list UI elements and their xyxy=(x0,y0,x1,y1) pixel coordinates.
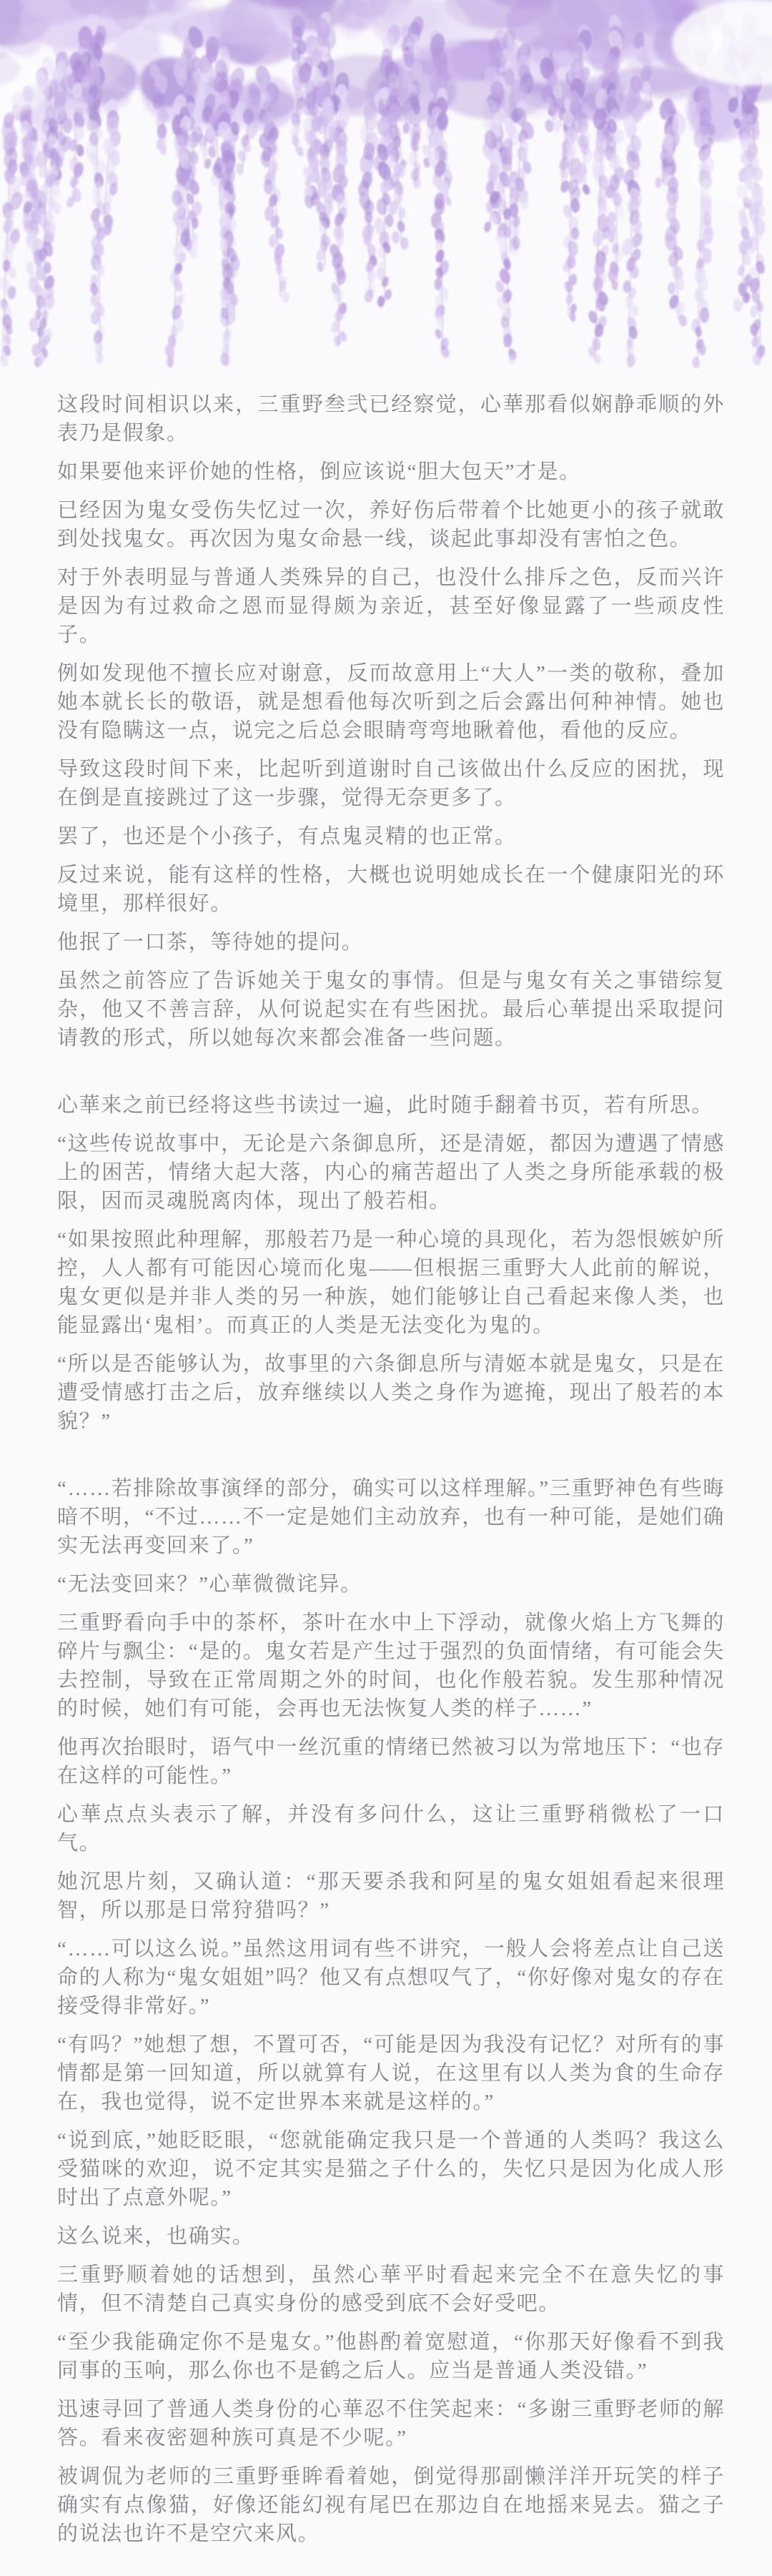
article-text: 这段时间相识以来，三重野叁弐已经察觉，心華那看似娴静乖顺的外表乃是假象。如果要他… xyxy=(0,372,772,2548)
wisteria-illustration xyxy=(0,0,772,372)
paragraph: 反过来说，能有这样的性格，大概也说明她成长在一个健康阳光的环境里，那样很好。 xyxy=(57,861,725,918)
paragraph: “这些传说故事中，无论是六条御息所，还是清姬，都因为遭遇了情感上的困苦，情绪大起… xyxy=(57,1130,725,1215)
paragraph: 他抿了一口茶，等待她的提问。 xyxy=(57,928,725,957)
paragraph: 三重野看向手中的茶杯，茶叶在水中上下浮动，就像火焰上方飞舞的碎片与飘尘：“是的。… xyxy=(57,1609,725,1723)
wisteria-banner-image xyxy=(0,0,772,372)
paragraph: 罢了，也还是个小孩子，有点鬼灵精的也正常。 xyxy=(57,822,725,851)
paragraph: 他再次抬眼时，语气中一丝沉重的情绪已然被习以为常地压下：“也存在这样的可能性。” xyxy=(57,1733,725,1790)
paragraph: 被调侃为老师的三重野垂眸看着她，倒觉得那副懒洋洋开玩笑的样子确实有点像猫，好像还… xyxy=(57,2462,725,2548)
paragraph: “说到底，”她眨眨眼，“您就能确定我只是一个普通的人类吗？我这么受猫咪的欢迎，说… xyxy=(57,2126,725,2212)
paragraph: 如果要他来评价她的性格，倒应该说“胆大包天”才是。 xyxy=(57,458,725,486)
novel-page: { "page": { "background_color": "#faf9fc… xyxy=(0,0,772,2576)
paragraph: 心華点点头表示了解，并没有多问什么，这让三重野稍微松了一口气。 xyxy=(57,1800,725,1857)
scene-break-spacer xyxy=(57,1062,725,1081)
paragraph: “……若排除故事演绎的部分，确实可以这样理解。”三重野神色有些晦暗不明，“不过…… xyxy=(57,1474,725,1560)
paragraph: 迅速寻回了普通人类身份的心華忍不住笑起来：“多谢三重野老师的解答。看来夜密廻种族… xyxy=(57,2395,725,2452)
scene-break-spacer xyxy=(57,1446,725,1464)
paragraph: 这段时间相识以来，三重野叁弐已经察觉，心華那看似娴静乖顺的外表乃是假象。 xyxy=(57,390,725,448)
paragraph: 对于外表明显与普通人类殊异的自己，也没什么排斥之色，反而兴许是因为有过救命之恩而… xyxy=(57,563,725,649)
paragraph: 例如发现他不擅长应对谢意，反而故意用上“大人”一类的敬称，叠加她本就长长的敬语，… xyxy=(57,659,725,745)
paragraph: “……可以这么说。”虽然这用词有些不讲究，一般人会将差点让自己送命的人称为“鬼女… xyxy=(57,1935,725,2020)
paragraph: 心華来之前已经将这些书读过一遍，此时随手翻着书页，若有所思。 xyxy=(57,1091,725,1120)
paragraph: 导致这段时间下来，比起听到道谢时自己该做出什么反应的困扰，现在倒是直接跳过了这一… xyxy=(57,755,725,812)
paragraph: “至少我能确定你不是鬼女。”他斟酌着宽慰道，“你那天好像看不到我同事的玉响，那么… xyxy=(57,2328,725,2385)
paragraph: 她沉思片刻，又确认道：“那天要杀我和阿星的鬼女姐姐看起来很理智，所以那是日常狩猎… xyxy=(57,1867,725,1925)
paragraph: “所以是否能够认为，故事里的六条御息所与清姬本就是鬼女，只是在遭受情感打击之后，… xyxy=(57,1350,725,1436)
paragraph: 这么说来，也确实。 xyxy=(57,2222,725,2251)
paragraph: 已经因为鬼女受伤失忆过一次，养好伤后带着个比她更小的孩子就敢到处找鬼女。再次因为… xyxy=(57,496,725,553)
paragraph: “如果按照此种理解，那般若乃是一种心境的具现化，若为怨恨嫉妒所控，人人都有可能因… xyxy=(57,1225,725,1340)
paragraph: 三重野顺着她的话想到，虽然心華平时看起来完全不在意失忆的事情，但不清楚自己真实身… xyxy=(57,2261,725,2318)
paragraph: “无法变回来？”心華微微诧异。 xyxy=(57,1570,725,1599)
paragraph: “有吗？”她想了想，不置可否，“可能是因为我没有记忆？对所有的事情都是第一回知道… xyxy=(57,2030,725,2116)
paragraph: 虽然之前答应了告诉她关于鬼女的事情。但是与鬼女有关之事错综复杂，他又不善言辞，从… xyxy=(57,967,725,1052)
